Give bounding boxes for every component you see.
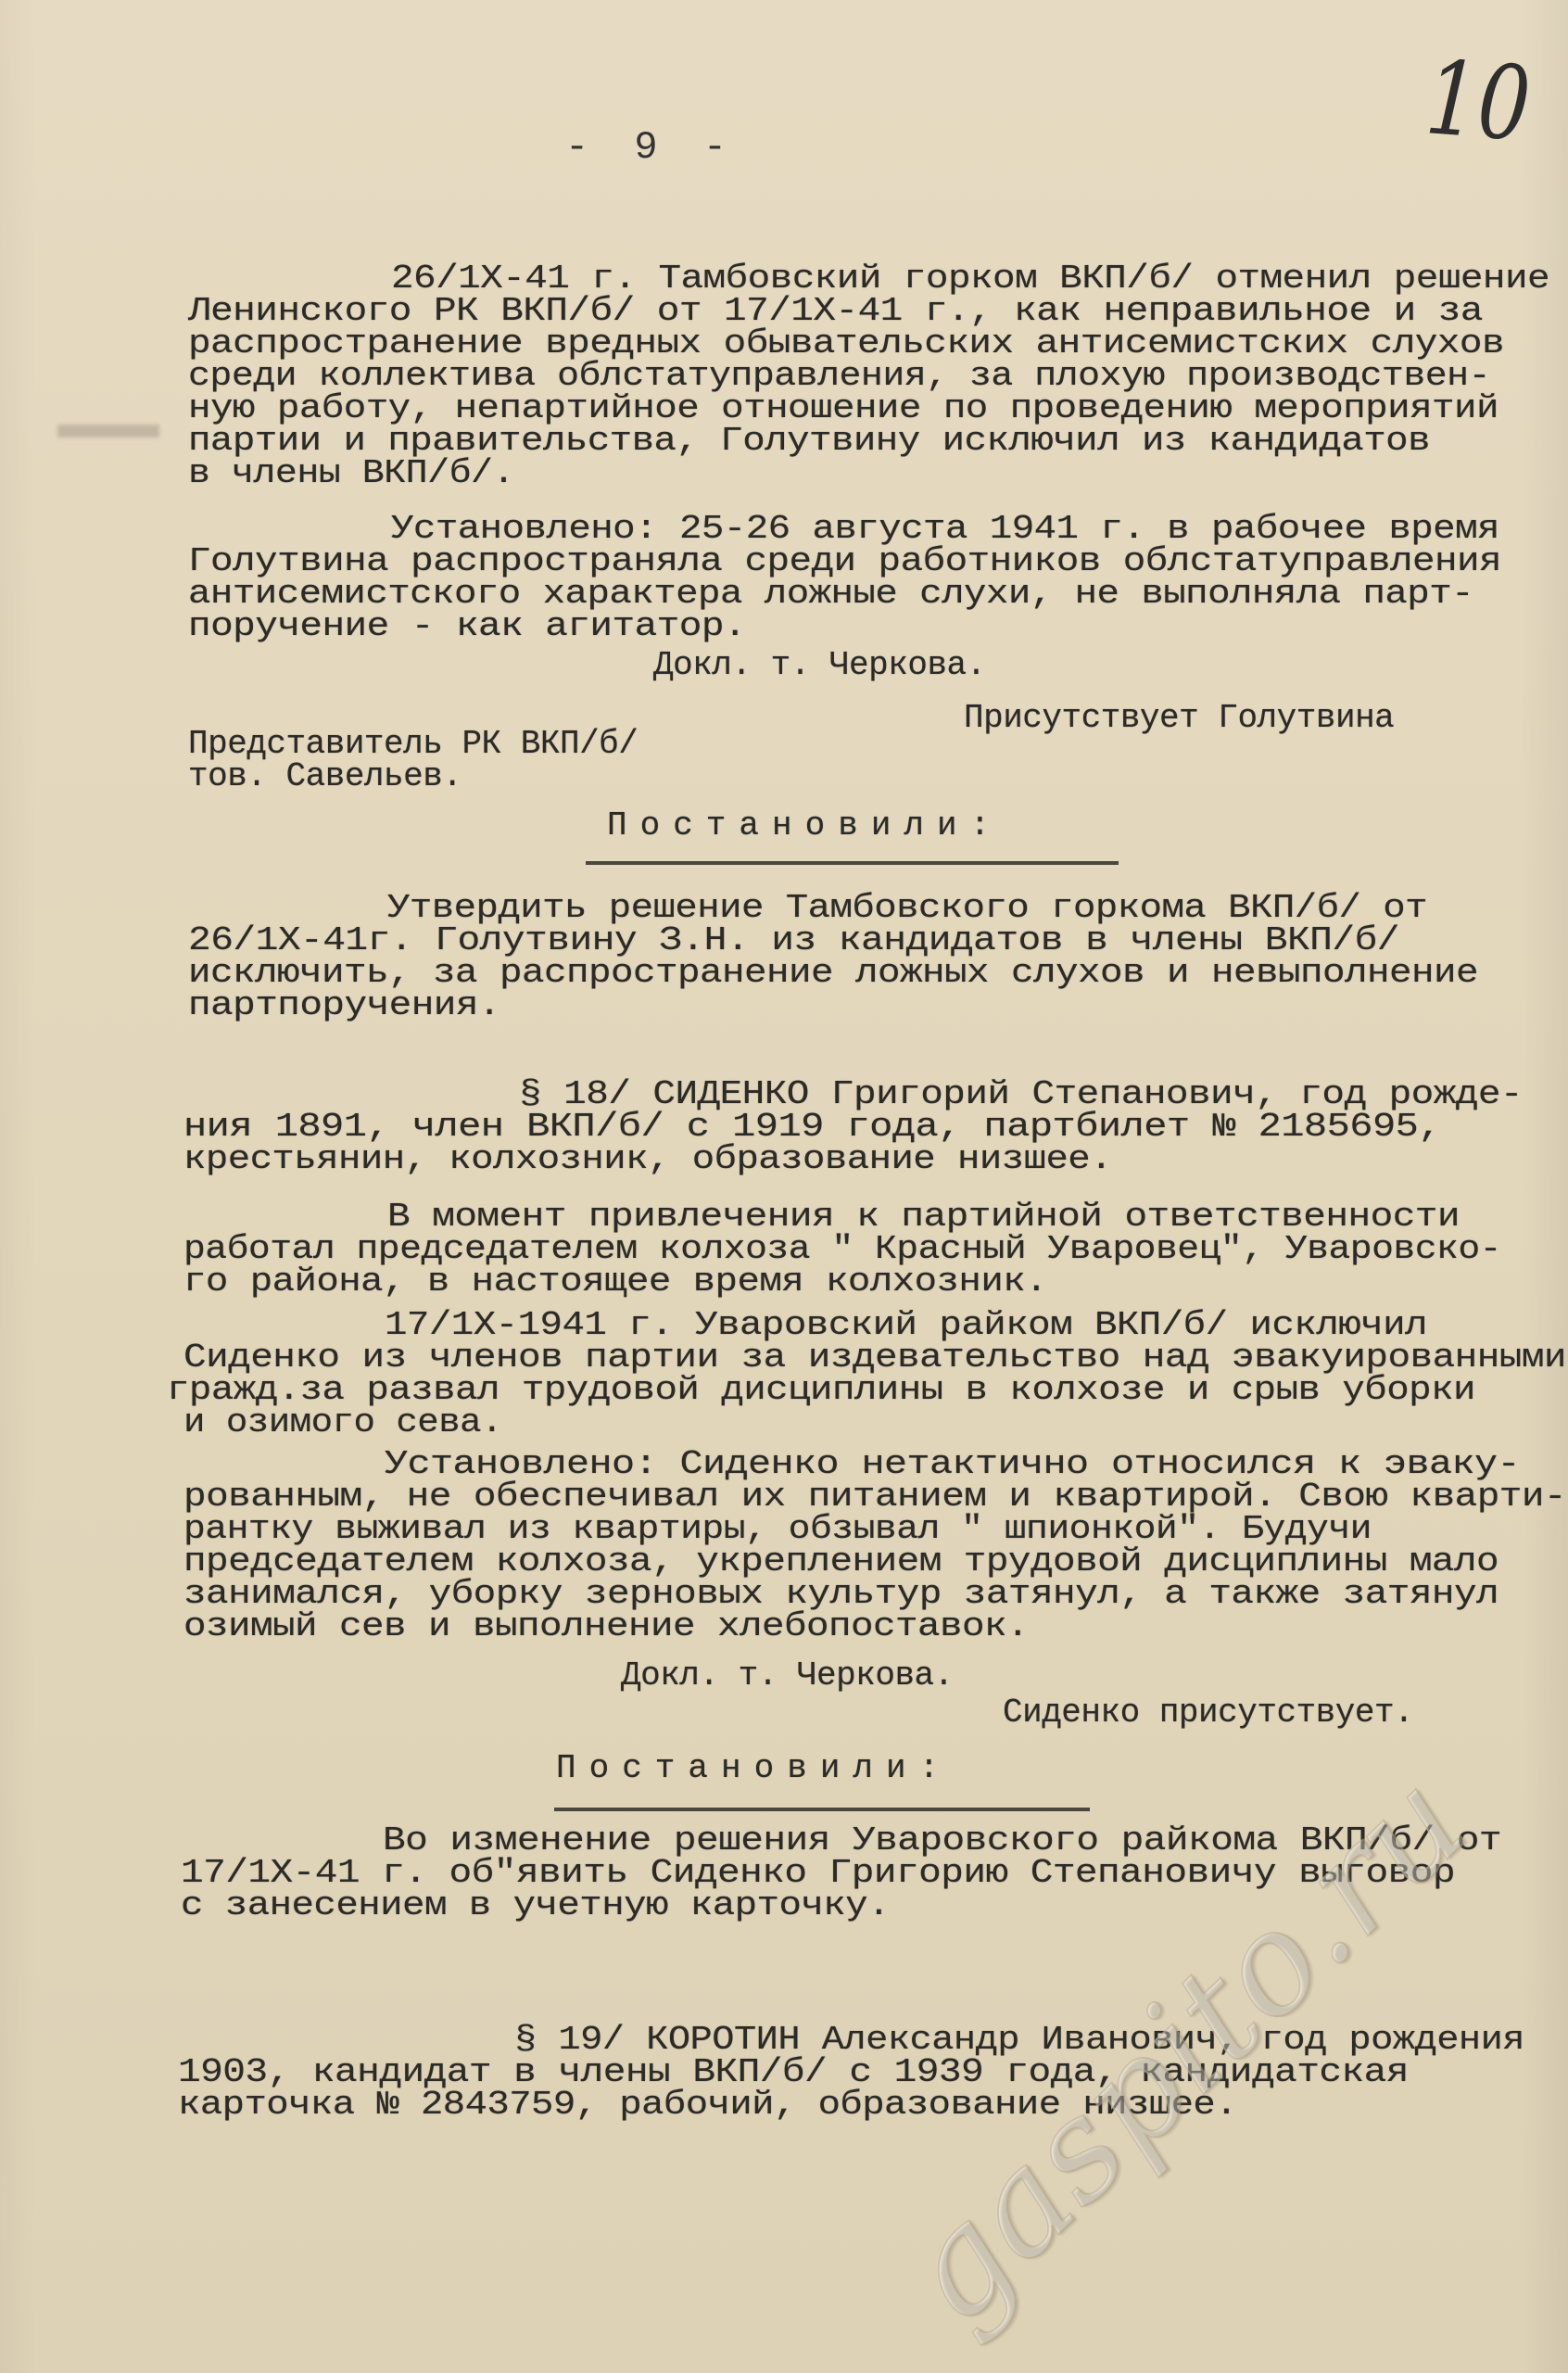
text-line: партии и правительства, Голутвину исключ… (188, 425, 1430, 458)
text-line: работал председателем колхоза " Красный … (183, 1233, 1501, 1266)
text-line: § 18/ СИДЕНКО Григорий Степанович, год р… (519, 1078, 1523, 1111)
text-line: гражд.за развал трудовой дисциплины в ко… (167, 1374, 1475, 1407)
representative-name: тов. Савельев. (188, 760, 462, 793)
text-line: го района, в настоящее время колхозник. (183, 1265, 1047, 1299)
handwritten-folio-number: 10 (1423, 38, 1535, 164)
text-line: с занесением в учетную карточку. (181, 1889, 890, 1923)
text-line: партпоручения. (188, 989, 500, 1022)
page-number: - 9 - (565, 125, 738, 170)
text-line: ную работу, непартийное отношение по про… (188, 392, 1498, 425)
present-line: Сиденко присутствует. (1003, 1696, 1413, 1730)
text-line: Голутвина распространяла среди работнико… (188, 545, 1501, 578)
text-line: озимый сев и выполнение хлебопоставок. (183, 1610, 1029, 1643)
present-line: Присутствует Голутвина (964, 702, 1394, 735)
text-line: Ленинского РК ВКП/б/ от 17/1Х-41 г., как… (188, 295, 1483, 328)
text-line: среди коллектива облстатуправления, за п… (188, 360, 1490, 393)
margin-smudge (57, 425, 159, 438)
heading-underline (586, 861, 1119, 865)
text-line: § 19/ КОРОТИН Александр Иванович, год ро… (514, 2024, 1524, 2057)
text-line: ния 1891, член ВКП/б/ с 1919 года, партб… (183, 1110, 1441, 1144)
text-line: в члены ВКП/б/. (188, 457, 514, 490)
text-line: поручение - как агитатор. (188, 610, 746, 643)
text-line: Сиденко из членов партии за издевательст… (183, 1341, 1566, 1375)
resolved-heading: Постановили: (556, 1752, 952, 1785)
text-line: и озимого сева. (183, 1406, 502, 1440)
text-line: антисемистского характера ложные слухи, … (188, 577, 1473, 611)
text-line: распространение вредных обывательских ан… (188, 327, 1504, 361)
reporter-line: Докл. т. Черкова. (653, 649, 986, 682)
heading-underline (554, 1808, 1090, 1811)
reporter-line: Докл. т. Черкова. (621, 1659, 954, 1693)
resolved-heading: Постановили: (607, 809, 1003, 843)
representative-line: Представитель РК ВКП/б/ (188, 728, 638, 761)
text-line: крестьянин, колхозник, образование низше… (183, 1143, 1112, 1176)
text-line: 17/1Х-1941 г. Уваровский райком ВКП/б/ и… (385, 1309, 1427, 1342)
text-line: Установлено: Сиденко нетактично относилс… (385, 1448, 1520, 1481)
text-line: Утвердить решение Тамбовского горкома ВК… (387, 892, 1427, 925)
text-line: Установлено: 25-26 августа 1941 г. в раб… (391, 513, 1499, 546)
text-line: 26/1Х-41г. Голутвину З.Н. из кандидатов … (188, 924, 1399, 958)
text-line: 26/1Х-41 г. Тамбовский горком ВКП/б/ отм… (391, 262, 1549, 296)
text-line: председателем колхоза, укреплением трудо… (183, 1545, 1498, 1579)
text-line: исключить, за распространение ложных слу… (188, 957, 1478, 990)
archival-document-page: - 9 - 10 26/1Х-41 г. Тамбовский горком В… (0, 0, 1568, 2373)
text-line: рантку выживал из квартиры, обзывал " шп… (183, 1513, 1372, 1546)
text-line: рованным, не обеспечивал их питанием и к… (183, 1480, 1566, 1514)
text-line: В момент привлечения к партийной ответст… (387, 1200, 1460, 1234)
text-line: занимался, уборку зерновых культур затян… (183, 1578, 1498, 1611)
